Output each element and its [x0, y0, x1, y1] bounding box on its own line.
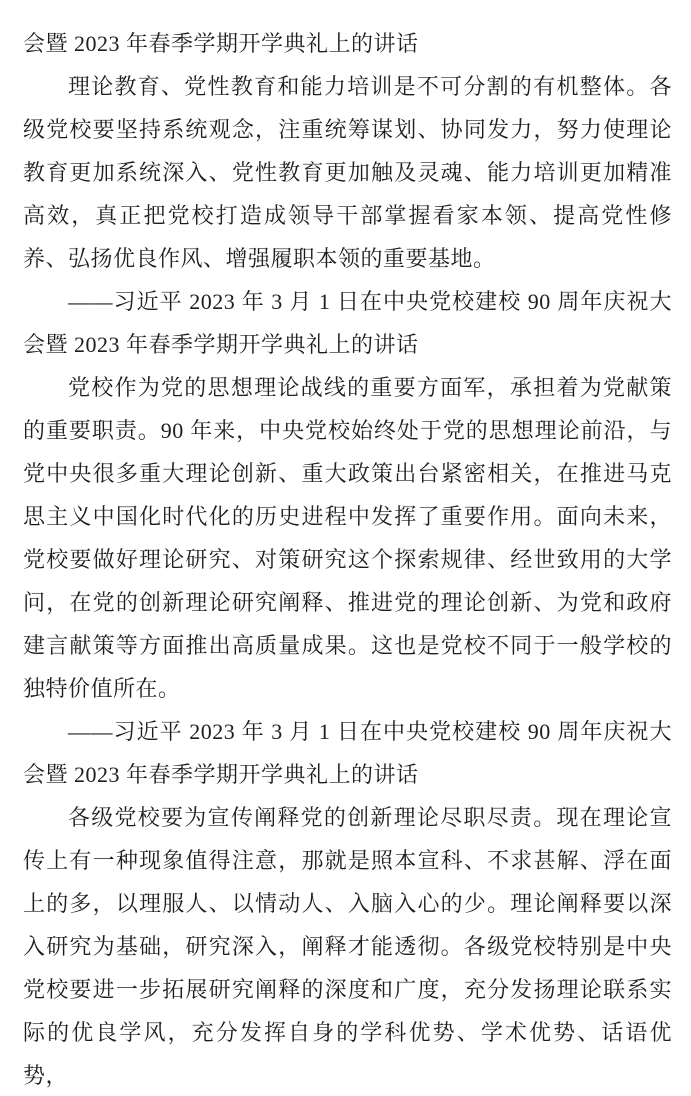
paragraph: ——习近平 2023 年 3 月 1 日在中央党校建校 90 周年庆祝大会暨 2… — [23, 280, 672, 366]
paragraph: ——习近平 2023 年 3 月 1 日在中央党校建校 90 周年庆祝大会暨 2… — [23, 710, 672, 796]
paragraph: 理论教育、党性教育和能力培训是不可分割的有机整体。各级党校要坚持系统观念，注重统… — [23, 65, 672, 280]
paragraph: 党校作为党的思想理论战线的重要方面军，承担着为党献策的重要职责。90 年来，中央… — [23, 366, 672, 710]
document-page: 会暨 2023 年春季学期开学典礼上的讲话理论教育、党性教育和能力培训是不可分割… — [0, 0, 691, 1096]
paragraph: 会暨 2023 年春季学期开学典礼上的讲话 — [23, 22, 672, 65]
paragraph: 各级党校要为宣传阐释党的创新理论尽职尽责。现在理论宣传上有一种现象值得注意，那就… — [23, 796, 672, 1096]
